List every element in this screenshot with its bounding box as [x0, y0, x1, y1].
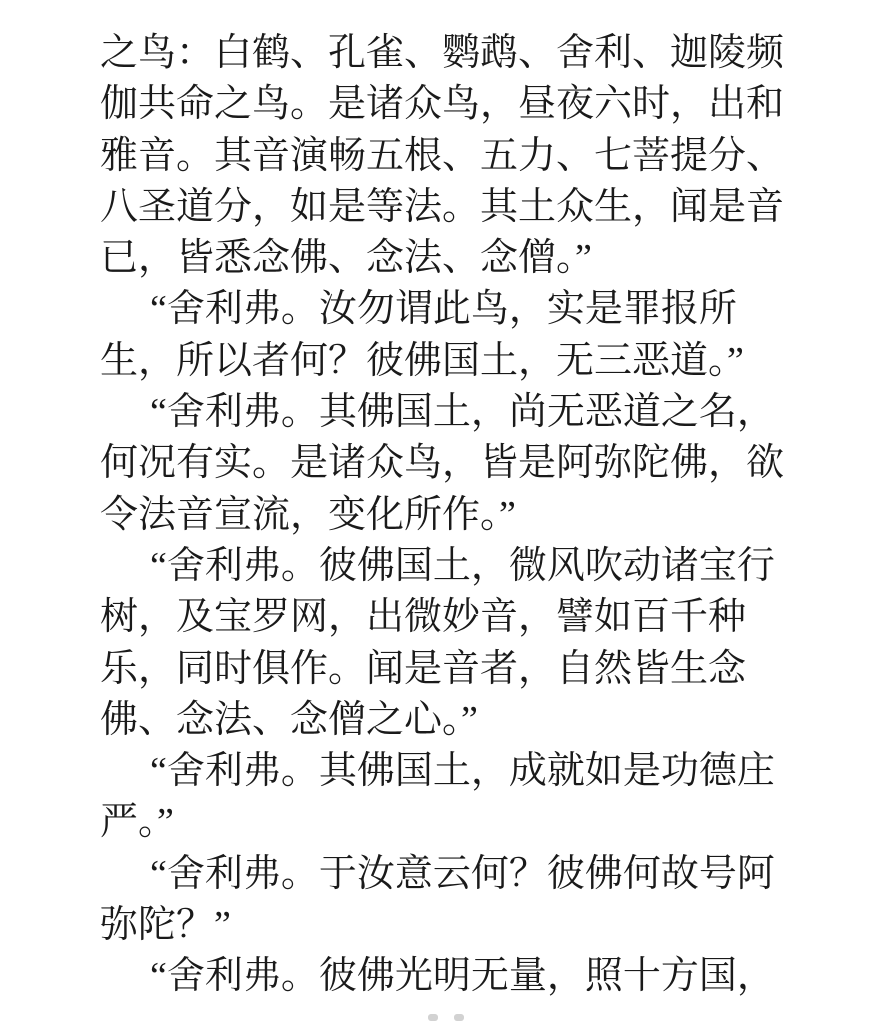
- text-line: “舍利弗。彼佛光明无量，照十方国，: [100, 951, 800, 1002]
- clipped-character-top-artifact: [428, 1014, 438, 1021]
- text-line: 何况有实。是诸众鸟，皆是阿弥陀佛，欲: [100, 438, 800, 489]
- sutra-text-block: 之鸟：白鹤、孔雀、鹦鹉、舍利、迦陵频 伽共命之鸟。是诸众鸟，昼夜六时，出和 雅音…: [100, 28, 800, 1003]
- sutra-document-page: 之鸟：白鹤、孔雀、鹦鹉、舍利、迦陵频 伽共命之鸟。是诸众鸟，昼夜六时，出和 雅音…: [0, 0, 873, 1024]
- text-line: “舍利弗。其佛国土，尚无恶道之名，: [100, 387, 800, 438]
- text-line: 雅音。其音演畅五根、五力、七菩提分、: [100, 131, 800, 182]
- text-line: 弥陀？”: [100, 900, 800, 951]
- text-line: “舍利弗。彼佛国土，微风吹动诸宝行: [100, 541, 800, 592]
- text-line: “舍利弗。汝勿谓此鸟，实是罪报所: [100, 284, 800, 335]
- text-line: 伽共命之鸟。是诸众鸟，昼夜六时，出和: [100, 79, 800, 130]
- text-line: 乐，同时俱作。闻是音者，自然皆生念: [100, 644, 800, 695]
- text-line: 令法音宣流，变化所作。”: [100, 490, 800, 541]
- text-line: 佛、念法、念僧之心。”: [100, 695, 800, 746]
- clipped-character-top-artifact: [454, 1014, 464, 1021]
- text-line: 之鸟：白鹤、孔雀、鹦鹉、舍利、迦陵频: [100, 28, 800, 79]
- text-line: “舍利弗。于汝意云何？彼佛何故号阿: [100, 849, 800, 900]
- text-line: “舍利弗。其佛国土，成就如是功德庄: [100, 746, 800, 797]
- text-line: 已，皆悉念佛、念法、念僧。”: [100, 233, 800, 284]
- text-line: 树，及宝罗网，出微妙音，譬如百千种: [100, 592, 800, 643]
- text-line: 严。”: [100, 797, 800, 848]
- text-line: 生，所以者何？彼佛国土，无三恶道。”: [100, 336, 800, 387]
- text-line: 八圣道分，如是等法。其土众生，闻是音: [100, 182, 800, 233]
- clipped-next-line-remnant: [428, 1014, 464, 1021]
